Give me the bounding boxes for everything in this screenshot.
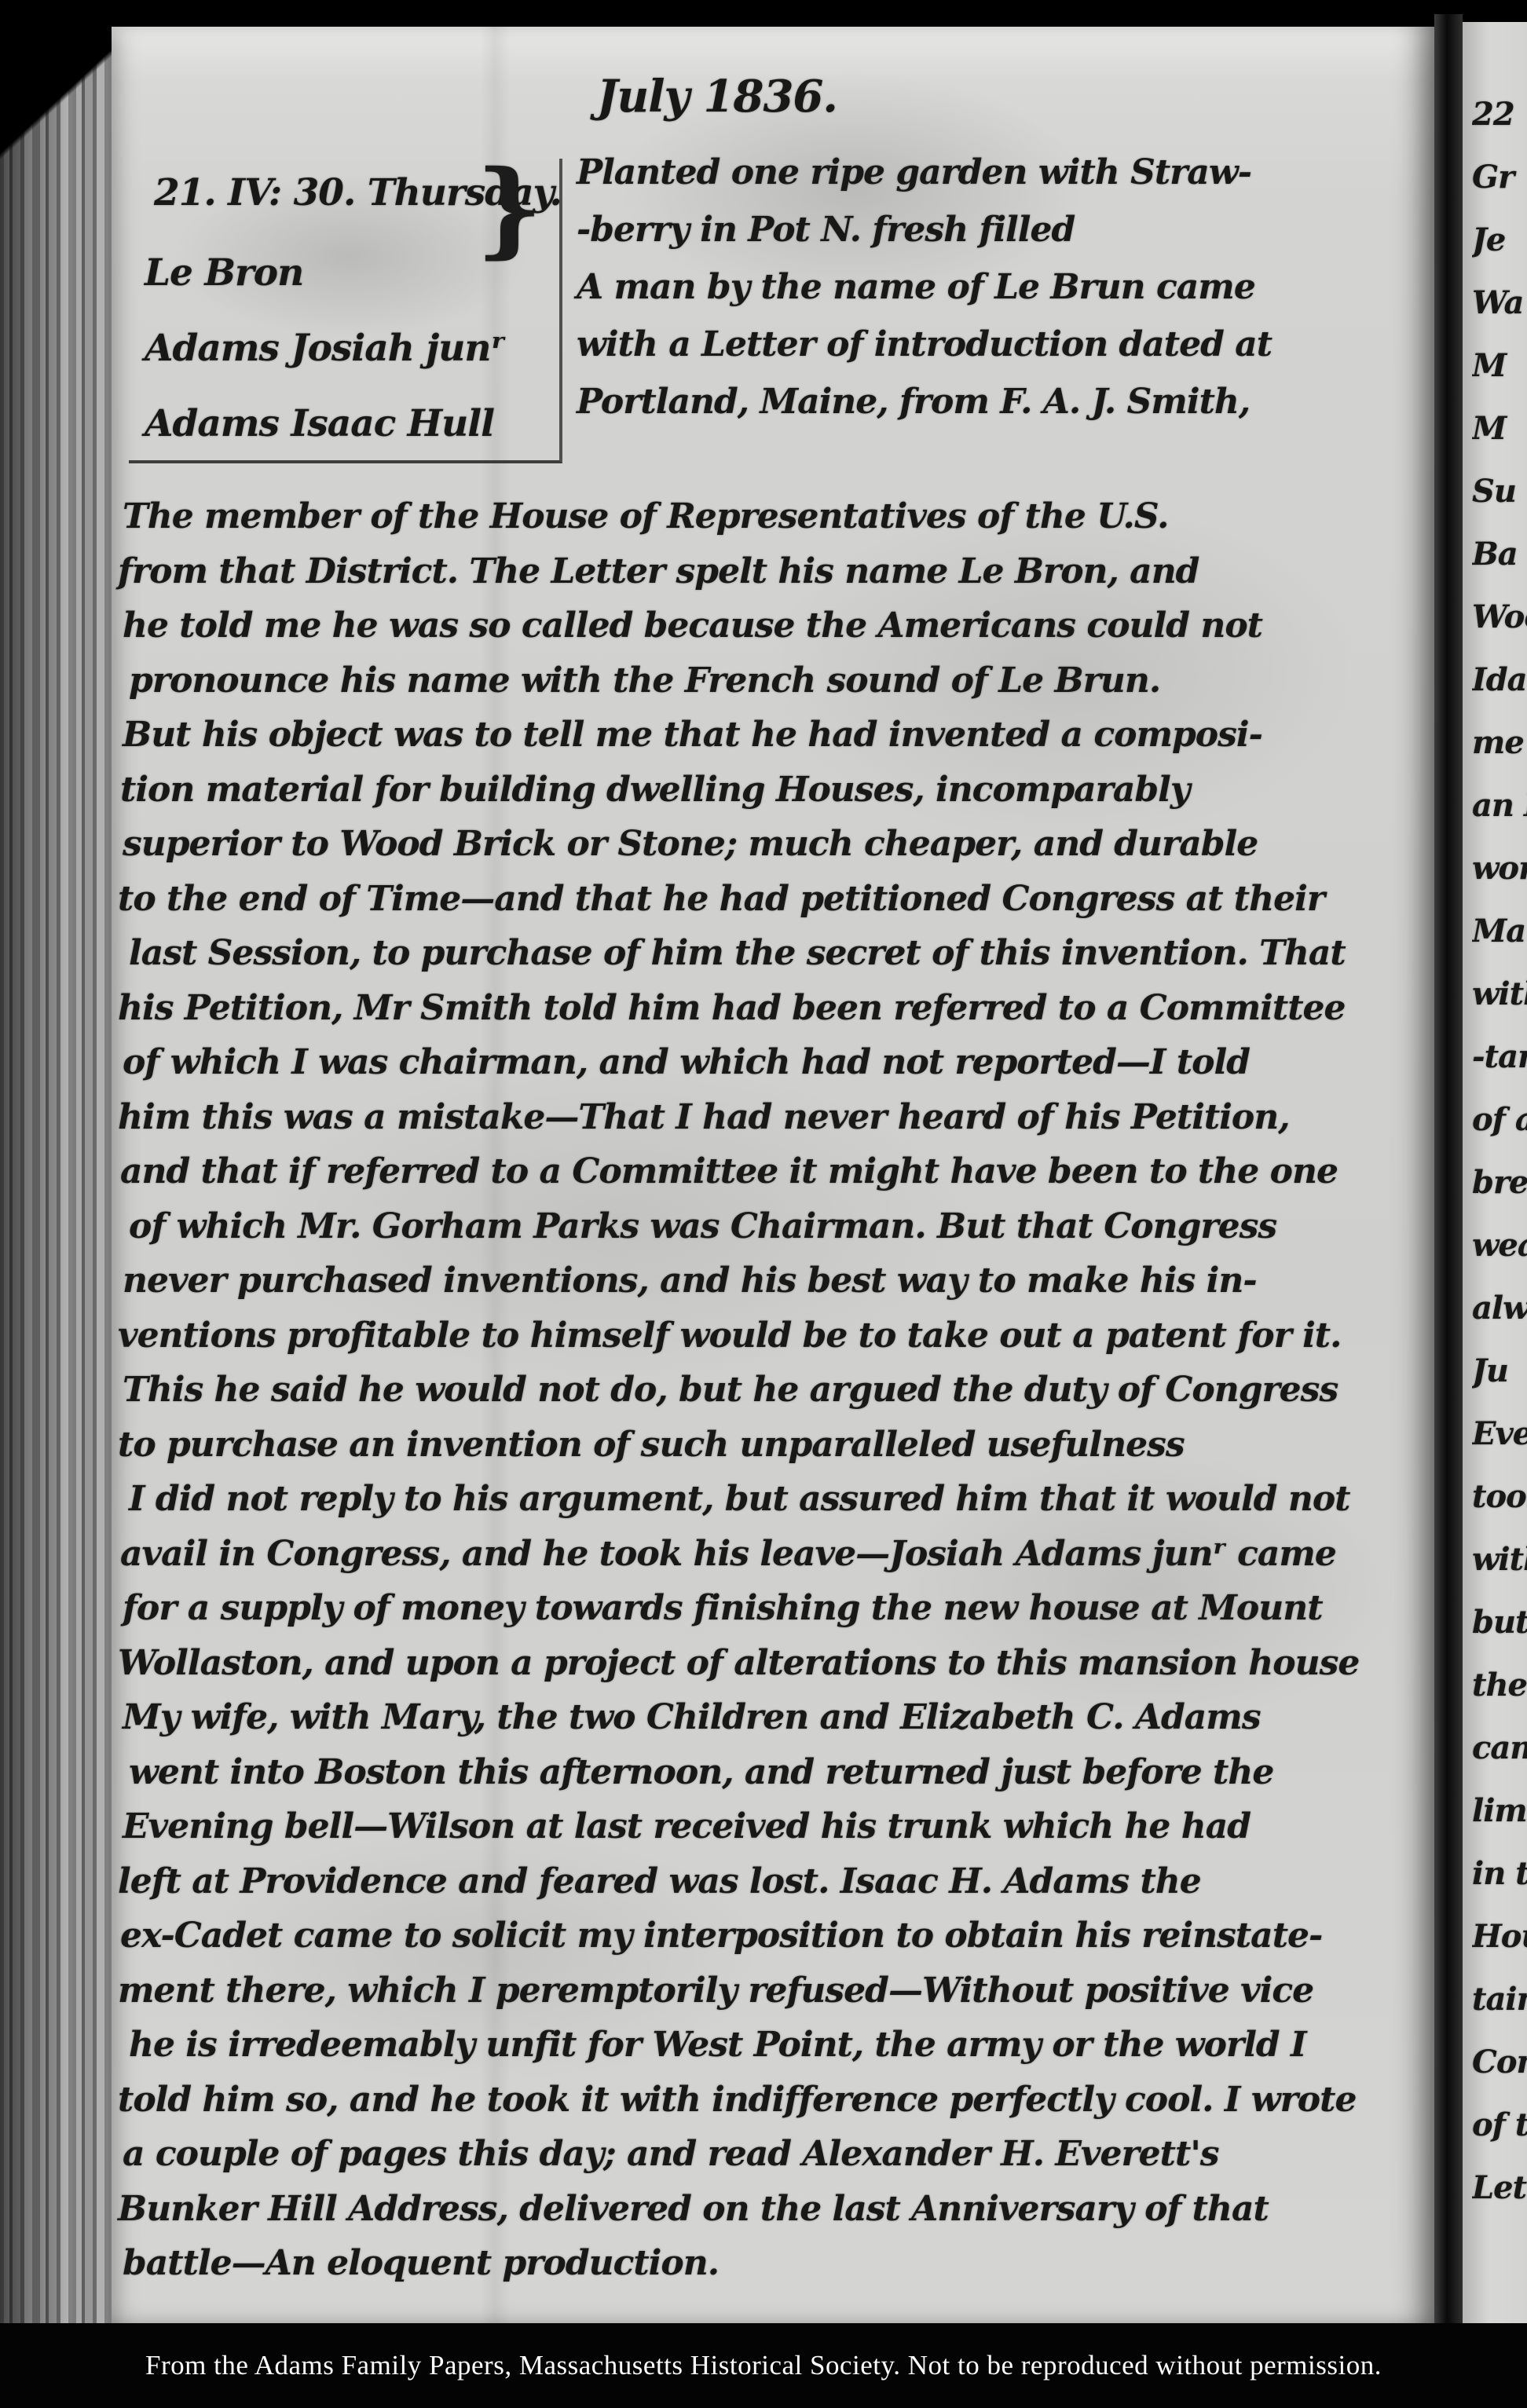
manuscript-line: him this was a mistake—That I had never … (118, 1097, 1428, 1152)
facing-page-fragments: 22GrJeWaMMSuBaWooIdamean EworMawith-tano… (1472, 96, 1527, 2232)
manuscript-fragment: an E (1472, 787, 1527, 850)
manuscript-line: battle—An eloquent production. (118, 2243, 1428, 2298)
manuscript-fragment: Eve (1472, 1415, 1527, 1478)
book-page-edges (0, 27, 112, 2323)
manuscript-line: with a Letter of introduction dated at (577, 324, 1431, 382)
open-book-scan: July 1836. 21. IV: 30. Thursday. } Le Br… (0, 0, 1527, 2323)
book-gutter (1434, 14, 1463, 2323)
manuscript-line: to purchase an invention of such unparal… (118, 1425, 1428, 1480)
manuscript-line: But his object was to tell me that he ha… (118, 715, 1428, 770)
manuscript-line: My wife, with Mary, the two Children and… (118, 1697, 1428, 1752)
entry-name: Le Bron (145, 251, 553, 327)
manuscript-line: This he said he would not do, but he arg… (118, 1370, 1428, 1425)
manuscript-line: his Petition, Mr Smith told him had been… (118, 988, 1428, 1043)
manuscript-line: Evening bell—Wilson at last received his… (118, 1806, 1428, 1861)
manuscript-fragment: with (1472, 975, 1527, 1038)
manuscript-fragment: limi (1472, 1792, 1527, 1855)
manuscript-fragment: Su (1472, 473, 1527, 536)
archive-caption-band: From the Adams Family Papers, Massachuse… (0, 2323, 1527, 2408)
manuscript-fragment: wor (1472, 850, 1527, 913)
manuscript-line: A man by the name of Le Brun came (577, 267, 1431, 324)
manuscript-line: and that if referred to a Committee it m… (118, 1151, 1428, 1206)
manuscript-line: went into Boston this afternoon, and ret… (118, 1752, 1428, 1807)
manuscript-fragment: took (1472, 1478, 1527, 1541)
page-title: July 1836. (597, 71, 837, 123)
manuscript-fragment: Ma (1472, 913, 1527, 975)
manuscript-line: for a supply of money towards finishing … (118, 1588, 1428, 1643)
manuscript-fragment: Ba (1472, 536, 1527, 598)
manuscript-line: Wollaston, and upon a project of alterat… (118, 1643, 1428, 1698)
manuscript-fragment: Gr (1472, 159, 1527, 221)
manuscript-fragment: of an (1472, 1101, 1527, 1164)
manuscript-fragment: tain (1472, 1981, 1527, 2044)
manuscript-fragment: Ida (1472, 661, 1527, 724)
manuscript-line: he is irredeemably unfit for West Point,… (118, 2025, 1428, 2080)
manuscript-fragment: Hou (1472, 1918, 1527, 1981)
manuscript-fragment: but (1472, 1604, 1527, 1667)
manuscript-line: I did not reply to his argument, but ass… (118, 1479, 1428, 1534)
manuscript-line: Bunker Hill Address, delivered on the la… (118, 2189, 1428, 2244)
manuscript-fragment: Wa (1472, 284, 1527, 347)
manuscript-line: a couple of pages this day; and read Ale… (118, 2134, 1428, 2189)
side-note-lines: Planted one ripe garden with Straw--berr… (577, 152, 1431, 439)
manuscript-line: last Session, to purchase of him the sec… (118, 933, 1428, 988)
manuscript-fragment: Consta (1472, 2044, 1527, 2106)
manuscript-line: of which Mr. Gorham Parks was Chairman. … (118, 1206, 1428, 1261)
manuscript-line: The member of the House of Representativ… (118, 496, 1428, 551)
manuscript-fragment: with (1472, 1541, 1527, 1604)
manuscript-line: ventions profitable to himself would be … (118, 1316, 1428, 1371)
manuscript-fragment: M (1472, 347, 1527, 410)
scanned-diary-page: { "colors":{"paper":"#d3d3d1","ink":"#18… (0, 0, 1527, 2408)
manuscript-fragment: M (1472, 410, 1527, 473)
manuscript-line: left at Providence and feared was lost. … (118, 1861, 1428, 1916)
manuscript-fragment: came (1472, 1729, 1527, 1792)
manuscript-fragment: bre (1472, 1164, 1527, 1227)
archive-caption: From the Adams Family Papers, Massachuse… (145, 2350, 1382, 2381)
manuscript-line: from that District. The Letter spelt his… (118, 551, 1428, 606)
manuscript-line: ment there, which I peremptorily refused… (118, 1971, 1428, 2026)
diary-body-lines: The member of the House of Representativ… (118, 496, 1428, 2298)
manuscript-fragment: in the (1472, 1855, 1527, 1918)
manuscript-line: -berry in Pot N. fresh filled (577, 210, 1431, 267)
manuscript-line: ex-Cadet came to solicit my interpositio… (118, 1916, 1428, 1971)
manuscript-fragment: 22 (1472, 96, 1527, 159)
manuscript-line: tion material for building dwelling Hous… (118, 770, 1428, 825)
manuscript-fragment: alw (1472, 1290, 1527, 1352)
manuscript-fragment: Ju (1472, 1352, 1527, 1415)
manuscript-line: of which I was chairman, and which had n… (118, 1042, 1428, 1097)
entry-name: Adams Isaac Hull (145, 402, 553, 478)
manuscript-line: pronounce his name with the French sound… (118, 661, 1428, 715)
manuscript-fragment: the E (1472, 1667, 1527, 1729)
manuscript-fragment: Woo (1472, 598, 1527, 661)
manuscript-line: Portland, Maine, from F. A. J. Smith, (577, 382, 1431, 439)
manuscript-fragment: -tan (1472, 1038, 1527, 1101)
manuscript-fragment: of the E (1472, 2106, 1527, 2169)
entry-name-list: Le BronAdams Josiah junʳAdams Isaac Hull (145, 251, 553, 478)
entry-name: Adams Josiah junʳ (145, 327, 553, 402)
manuscript-line: to the end of Time—and that he had petit… (118, 879, 1428, 934)
manuscript-line: he told me he was so called because the … (118, 606, 1428, 661)
manuscript-line: superior to Wood Brick or Stone; much ch… (118, 824, 1428, 879)
manuscript-fragment: wea (1472, 1227, 1527, 1290)
manuscript-fragment: me (1472, 724, 1527, 787)
manuscript-line: Planted one ripe garden with Straw- (577, 152, 1431, 210)
manuscript-line: never purchased inventions, and his best… (118, 1261, 1428, 1316)
manuscript-fragment: Letter (1472, 2169, 1527, 2232)
manuscript-line: avail in Congress, and he took his leave… (118, 1534, 1428, 1589)
entry-margin-box: 21. IV: 30. Thursday. } Le BronAdams Jos… (129, 159, 562, 463)
facing-page-sliver: 22GrJeWaMMSuBaWooIdamean EworMawith-tano… (1463, 22, 1527, 2323)
diary-left-page: July 1836. 21. IV: 30. Thursday. } Le Br… (112, 27, 1434, 2323)
manuscript-fragment: Je (1472, 221, 1527, 284)
manuscript-line: told him so, and he took it with indiffe… (118, 2080, 1428, 2135)
